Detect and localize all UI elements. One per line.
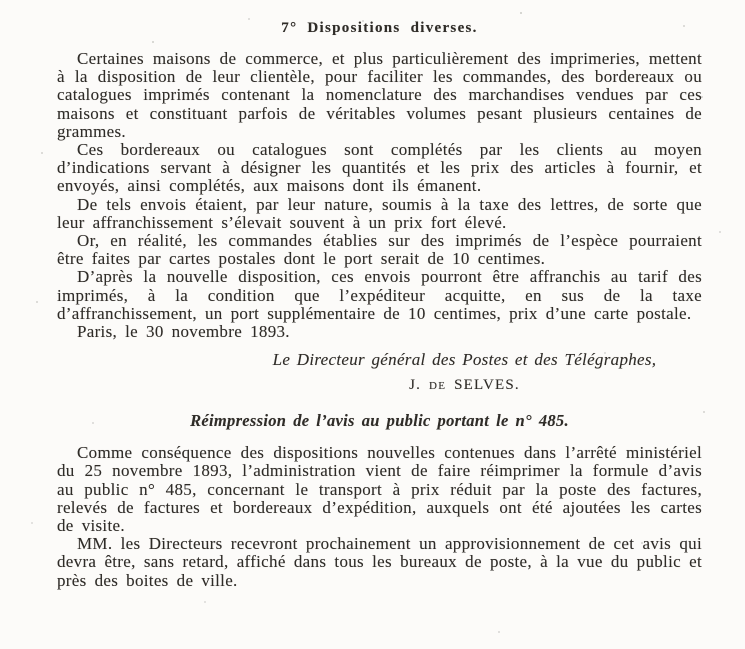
signature-title: Le Directeur général des Postes et des T… <box>227 350 702 369</box>
body-paragraph: Ces bordereaux ou catalogues sont complé… <box>57 141 702 196</box>
scanned-document-page: 7° Dispositions diverses. Certaines mais… <box>0 0 745 649</box>
scan-noise-speckles <box>0 0 2 2</box>
body-paragraph: De tels envois étaient, par leur nature,… <box>57 196 702 232</box>
body-paragraph: Certaines maisons de commerce, et plus p… <box>57 50 702 141</box>
section-title-reimpression-avis: Réimpression de l’avis au public portant… <box>57 411 702 431</box>
section-title-dispositions-diverses: 7° Dispositions diverses. <box>57 20 702 37</box>
body-paragraph: Or, en réalité, les commandes établies s… <box>57 232 702 268</box>
signature-block: Le Directeur général des Postes et des T… <box>227 350 702 394</box>
document-content: 7° Dispositions diverses. Certaines mais… <box>57 20 702 590</box>
body-paragraph: MM. les Directeurs recevront prochaineme… <box>57 535 702 590</box>
signature-name: J. de SELVES. <box>227 377 702 394</box>
body-paragraph: D’après la nouvelle disposition, ces env… <box>57 268 702 323</box>
body-paragraph: Comme conséquence des dispositions nouve… <box>57 444 702 535</box>
dateline-paris: Paris, le 30 novembre 1893. <box>57 323 702 341</box>
